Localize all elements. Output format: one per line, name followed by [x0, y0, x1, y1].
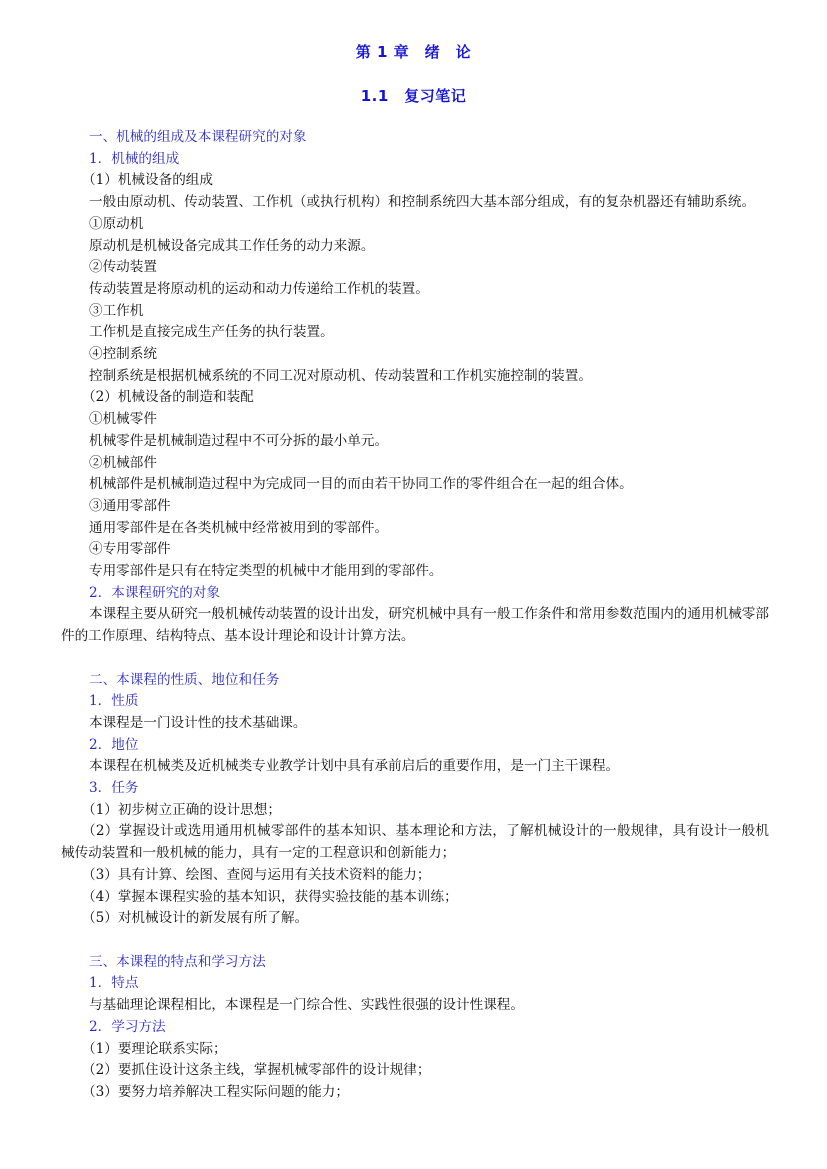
part-desc: 专用零部件是只有在特定类型的机械中才能用到的零部件。	[61, 561, 769, 583]
spacer	[61, 930, 769, 952]
part-desc: 通用零部件是在各类机械中经常被用到的零部件。	[61, 518, 769, 540]
spacer	[61, 648, 769, 670]
part-name: ①原动机	[61, 214, 769, 236]
subsection-heading-3-1: 1．特点	[61, 973, 769, 995]
task-item: （1）初步树立正确的设计思想；	[61, 800, 769, 822]
section-title: 1.1 复习笔记	[0, 85, 827, 106]
method-item: （1）要理论联系实际；	[61, 1039, 769, 1061]
task-item: （4）掌握本课程实验的基本知识，获得实验技能的基本训练；	[61, 887, 769, 909]
part-name: ④控制系统	[61, 344, 769, 366]
paragraph: 本课程是一门设计性的技术基础课。	[61, 713, 769, 735]
part-desc: 机械部件是机械制造过程中为完成同一目的而由若干协同工作的零件组合在一起的组合体。	[61, 474, 769, 496]
subsection-heading-3-2: 2．学习方法	[61, 1017, 769, 1039]
part-desc: 原动机是机械设备完成其工作任务的动力来源。	[61, 236, 769, 258]
section-heading-1: 一、机械的组成及本课程研究的对象	[61, 127, 769, 149]
subsection-heading-2-3: 3．任务	[61, 778, 769, 800]
part-desc: 工作机是直接完成生产任务的执行装置。	[61, 322, 769, 344]
chapter-title: 第 1 章 绪 论	[0, 41, 827, 62]
part-name: ③通用零部件	[61, 496, 769, 518]
paragraph: 本课程在机械类及近机械类专业教学计划中具有承前启后的重要作用，是一门主干课程。	[61, 756, 769, 778]
part-name: ①机械零件	[61, 409, 769, 431]
task-item: （2）掌握设计或选用通用机械零部件的基本知识、基本理论和方法，了解机械设计的一般…	[61, 821, 769, 864]
paragraph: 一般由原动机、传动装置、工作机（或执行机构）和控制系统四大基本部分组成，有的复杂…	[61, 192, 769, 214]
part-name: ④专用零部件	[61, 539, 769, 561]
section-heading-3: 三、本课程的特点和学习方法	[61, 952, 769, 974]
item-heading: （1）机械设备的组成	[61, 170, 769, 192]
method-item: （3）要努力培养解决工程实际问题的能力；	[61, 1082, 769, 1104]
paragraph: 与基础理论课程相比，本课程是一门综合性、实践性很强的设计性课程。	[61, 995, 769, 1017]
part-name: ②机械部件	[61, 453, 769, 475]
part-desc: 控制系统是根据机械系统的不同工况对原动机、传动装置和工作机实施控制的装置。	[61, 366, 769, 388]
subsection-heading-1-2: 2．本课程研究的对象	[61, 583, 769, 605]
part-desc: 传动装置是将原动机的运动和动力传递给工作机的装置。	[61, 279, 769, 301]
part-desc: 机械零件是机械制造过程中不可分拆的最小单元。	[61, 431, 769, 453]
notes-body: 一、机械的组成及本课程研究的对象 1．机械的组成 （1）机械设备的组成 一般由原…	[61, 127, 769, 1104]
subsection-heading-1-1: 1．机械的组成	[61, 149, 769, 171]
method-item: （2）要抓住设计这条主线，掌握机械零部件的设计规律；	[61, 1060, 769, 1082]
part-name: ②传动装置	[61, 257, 769, 279]
section-heading-2: 二、本课程的性质、地位和任务	[61, 670, 769, 692]
task-item: （3）具有计算、绘图、查阅与运用有关技术资料的能力；	[61, 865, 769, 887]
subsection-heading-2-2: 2．地位	[61, 735, 769, 757]
subsection-heading-2-1: 1．性质	[61, 691, 769, 713]
part-name: ③工作机	[61, 301, 769, 323]
paragraph: 本课程主要从研究一般机械传动装置的设计出发，研究机械中具有一般工作条件和常用参数…	[61, 604, 769, 647]
item-heading: （2）机械设备的制造和装配	[61, 387, 769, 409]
task-item: （5）对机械设计的新发展有所了解。	[61, 908, 769, 930]
